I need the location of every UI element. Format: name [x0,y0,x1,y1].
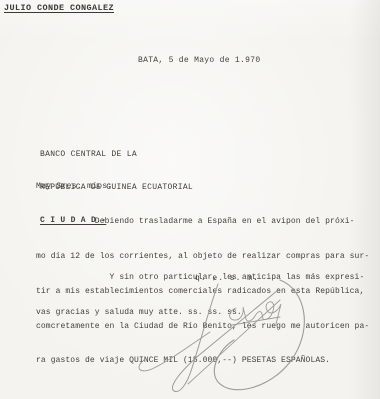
handwritten-signature [130,272,330,399]
sender-name: JULIO CONDE CONGALEZ [4,3,114,13]
salutation: Muy Sres. míos: [36,182,113,191]
recipient-line-1: BANCO CENTRAL DE LA [40,149,193,160]
letter-scan: JULIO CONDE CONGALEZ BATA, 5 de Mayo de … [0,0,380,399]
body-line: Debiendo trasladarme a España en el avip… [36,216,369,228]
date-line: BATA, 5 de Mayo de 1.970 [138,56,260,65]
signature-icon [130,272,330,399]
